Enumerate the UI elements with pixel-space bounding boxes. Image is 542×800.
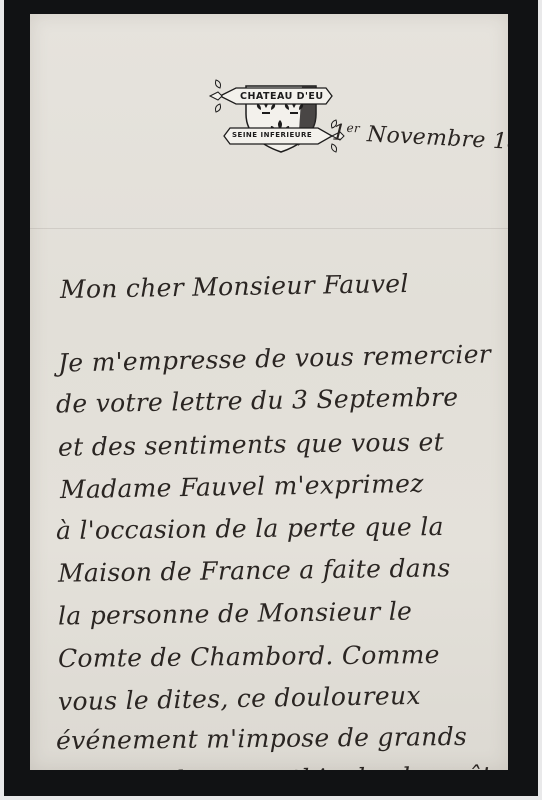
letter-date: 1er Novembre 1883 [331, 120, 508, 157]
body-line: de votre lettre du 3 Septembre [56, 382, 459, 418]
body-line: Je m'empresse de vous remercier [58, 339, 492, 377]
body-line: à l'occasion de la perte que la [56, 512, 444, 545]
letterhead: CHATEAU D'EU SEINE INFERIEURE [206, 74, 346, 154]
body-line: devoirs : la sympathie des honnêtes [56, 761, 508, 770]
body-line: Comte de Chambord. Comme [58, 640, 440, 673]
date-day-suffix: er [346, 121, 360, 136]
letterhead-subtitle: SEINE INFERIEURE [232, 131, 312, 139]
letter-page: CHATEAU D'EU SEINE INFERIEURE 1er Novemb… [30, 14, 508, 770]
body-line: Madame Fauvel m'exprimez [60, 469, 424, 504]
date-day: 1 [331, 120, 347, 146]
body-line: vous le dites, ce douloureux [58, 681, 421, 716]
letterhead-title: CHATEAU D'EU [240, 91, 324, 102]
salutation: Mon cher Monsieur Fauvel [60, 269, 409, 304]
body-line: Maison de France a faite dans [58, 553, 451, 587]
date-month-year: Novembre 1883 [366, 122, 508, 157]
fleur-de-lis-shield-icon [206, 74, 346, 154]
body-line: et des sentiments que vous et [58, 427, 444, 461]
body-line: événement m'impose de grands [56, 722, 467, 755]
paper-fold-line [30, 228, 508, 229]
body-line: la personne de Monsieur le [58, 597, 413, 631]
